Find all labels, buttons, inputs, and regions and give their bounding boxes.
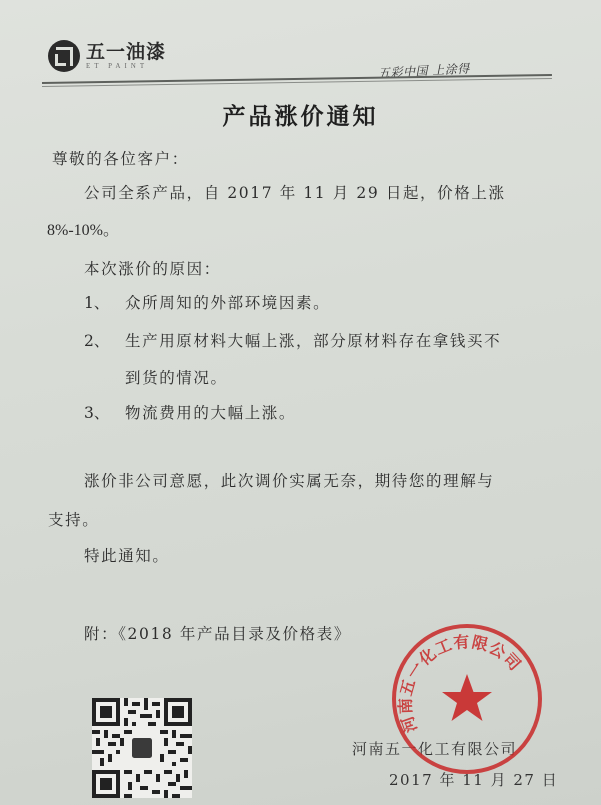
logo-text: 五一油漆 ET PAINT [86,42,166,71]
salutation: 尊敬的各位客户： [52,147,189,169]
qr-code[interactable] [92,698,192,798]
paragraph-1-line-1: 公司全系产品，自 2017 年 11 月 29 日起，价格上涨 [84,181,506,203]
logo-mark-icon [48,40,80,72]
seal-star-icon: 河南五一化工有限公司 [392,624,542,774]
paragraph-2-line-1: 涨价非公司意愿，此次调价实属无奈，期待您的理解与 [84,469,494,491]
seal-text: 河南五一化工有限公司 [396,632,525,735]
logo-chinese-name: 五一油漆 [86,42,166,62]
reason-2-text-line-1: 生产用原材料大幅上涨，部分原材料存在拿钱买不 [125,329,501,351]
reason-1-text: 众所周知的外部环境因素。 [125,291,330,313]
document-page: 五一油漆 ET PAINT 五彩中国 上涂得 产品涨价通知 尊敬的各位客户： 公… [0,0,601,805]
reason-2-text-line-2: 到货的情况。 [125,366,228,388]
paragraph-1-line-2: 8%-10%。 [47,217,119,240]
reason-3-text: 物流费用的大幅上涨。 [125,401,296,423]
attachment-reference: 附：《2018 年产品目录及价格表》 [84,622,351,644]
svg-text:河南五一化工有限公司: 河南五一化工有限公司 [396,632,525,735]
logo-english-name: ET PAINT [86,62,166,71]
reason-3-number: 3、 [84,401,109,423]
reason-1-number: 1、 [84,291,109,313]
company-logo: 五一油漆 ET PAINT [48,40,166,72]
qr-code-icon [92,698,192,798]
paragraph-2-line-2: 支持。 [48,508,99,530]
official-seal: 河南五一化工有限公司 [392,624,542,774]
closing-line: 特此通知。 [84,544,170,566]
reason-2-number: 2、 [84,329,109,351]
notice-title: 产品涨价通知 [0,98,601,131]
reasons-heading: 本次涨价的原因： [84,257,221,279]
